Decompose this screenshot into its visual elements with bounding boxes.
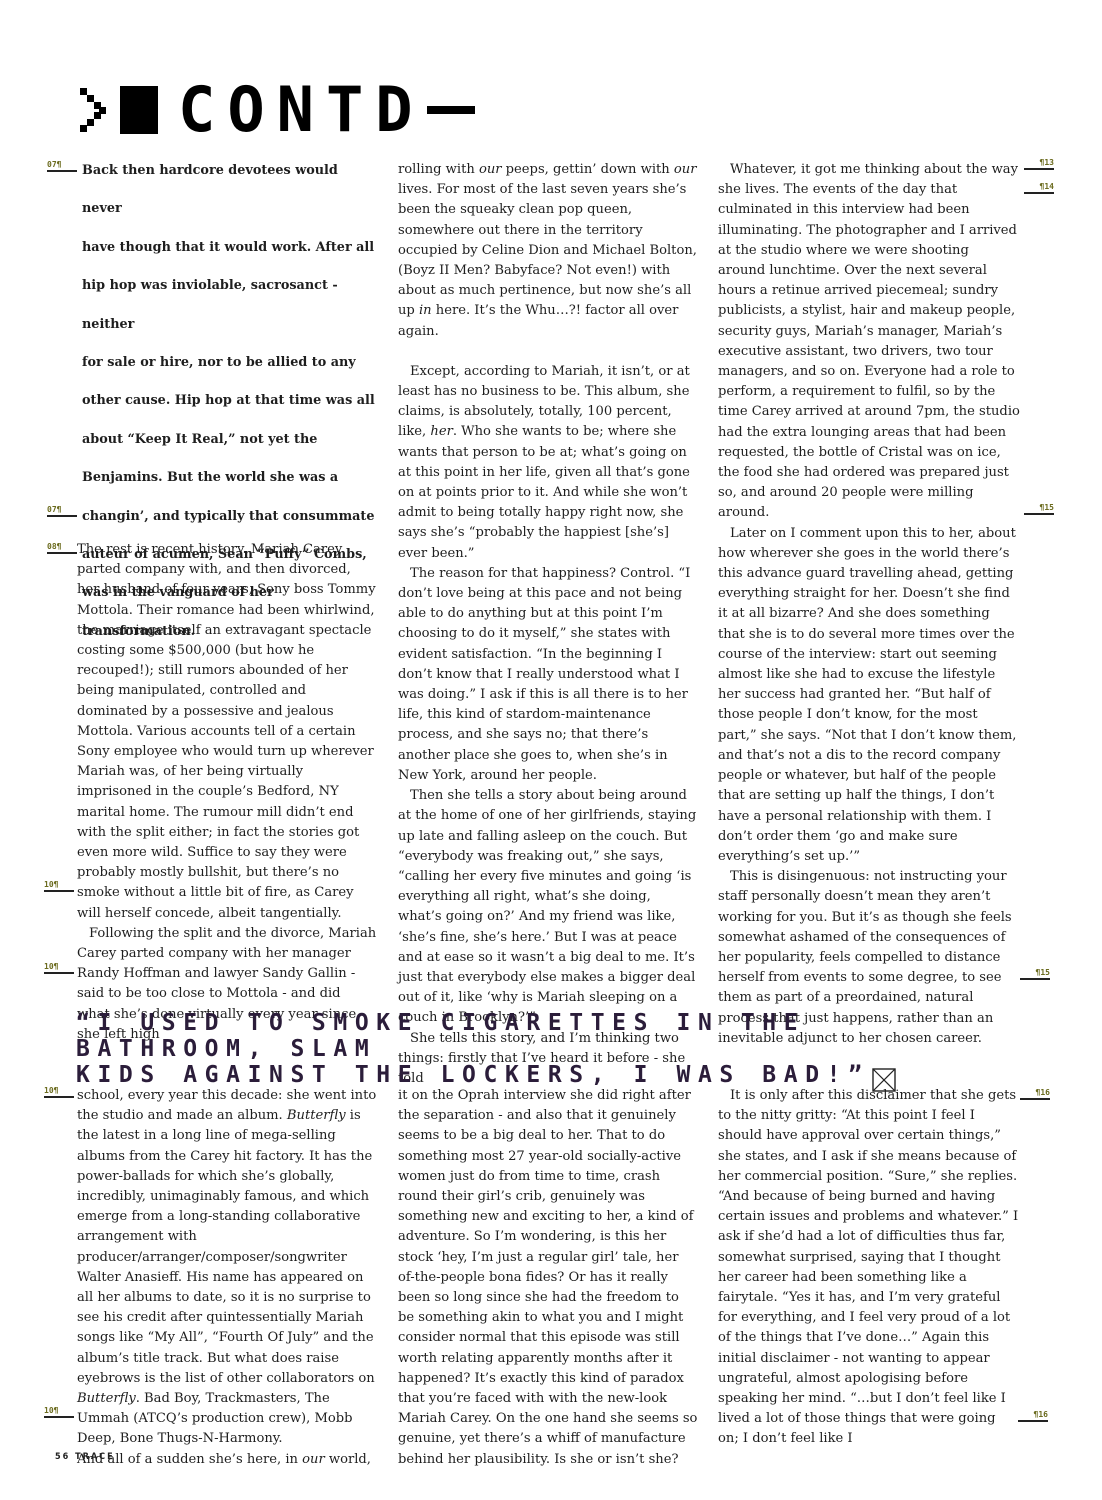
page-number: 56	[55, 1452, 70, 1462]
paragraph-marker: 10¶	[44, 962, 74, 974]
body-paragraph: Except, according to Mariah, it isn’t, o…	[398, 362, 698, 564]
paragraph-marker: 10¶	[44, 1406, 74, 1418]
paragraph-marker: ¶16	[1020, 1088, 1050, 1100]
column-2-bottom: it on the Oprah interview she did right …	[398, 1086, 698, 1470]
body-paragraph: Then she tells a story about being aroun…	[398, 786, 698, 1028]
column-3-top: Whatever, it got me thinking about the w…	[718, 160, 1020, 1049]
chevron-right-icon	[80, 88, 106, 132]
body-paragraph: It is only after this disclaimer that sh…	[718, 1086, 1020, 1450]
paragraph-marker: 10¶	[44, 880, 74, 892]
column-1-bottom: school, every year this decade: she went…	[77, 1086, 377, 1470]
solid-block-icon	[120, 86, 158, 134]
text-line: changin’, and typically that consummate	[82, 498, 382, 536]
paragraph-marker: ¶14	[1024, 182, 1054, 194]
column-3-bottom: It is only after this disclaimer that sh…	[718, 1086, 1020, 1450]
dash-rule	[427, 106, 475, 114]
text-line: Back then hardcore devotees would never	[82, 152, 382, 229]
pull-quote-line: “I USED TO SMOKE CIGARETTES IN THE BATHR…	[76, 1010, 1016, 1062]
page-footer: 56 TRACE	[55, 1452, 115, 1462]
body-paragraph: it on the Oprah interview she did right …	[398, 1086, 698, 1470]
paragraph-marker: ¶13	[1024, 158, 1054, 170]
paragraph-marker: ¶16	[1018, 1410, 1048, 1422]
body-paragraph: school, every year this decade: she went…	[77, 1086, 377, 1450]
paragraph-marker: 08¶	[47, 542, 77, 554]
paragraph-marker: 07¶	[47, 505, 77, 517]
body-paragraph: rolling with our peeps, gettin’ down wit…	[398, 160, 698, 342]
paragraph-marker: ¶15	[1024, 503, 1054, 515]
column-2-top: rolling with our peeps, gettin’ down wit…	[398, 160, 698, 1089]
body-paragraph: Later on I comment upon this to her, abo…	[718, 524, 1020, 867]
text-line: about “Keep It Real,” not yet the	[82, 421, 382, 459]
section-header: CONTD	[80, 82, 475, 138]
pull-quote: “I USED TO SMOKE CIGARETTES IN THE BATHR…	[76, 1010, 1016, 1092]
text-line: have though that it would work. After al…	[82, 229, 382, 267]
text-line: Benjamins. But the world she was a	[82, 459, 382, 497]
text-line: hip hop was inviolable, sacrosanct - nei…	[82, 267, 382, 344]
body-paragraph: And all of a sudden she’s here, in our w…	[77, 1450, 377, 1470]
text-line: other cause. Hip hop at that time was al…	[82, 382, 382, 420]
body-paragraph: The reason for that happiness? Control. …	[398, 564, 698, 786]
body-paragraph: The rest is recent history. Mariah Carey…	[77, 540, 377, 924]
paragraph-marker: 07¶	[47, 160, 77, 172]
text-line: for sale or hire, nor to be allied to an…	[82, 344, 382, 382]
body-paragraph: Whatever, it got me thinking about the w…	[718, 160, 1020, 524]
paragraph-marker: 10¶	[44, 1086, 74, 1098]
section-title: CONTD	[178, 79, 425, 141]
paragraph-marker: ¶15	[1020, 968, 1050, 980]
column-1-top: The rest is recent history. Mariah Carey…	[77, 540, 377, 1045]
magazine-name: TRACE	[75, 1452, 115, 1462]
